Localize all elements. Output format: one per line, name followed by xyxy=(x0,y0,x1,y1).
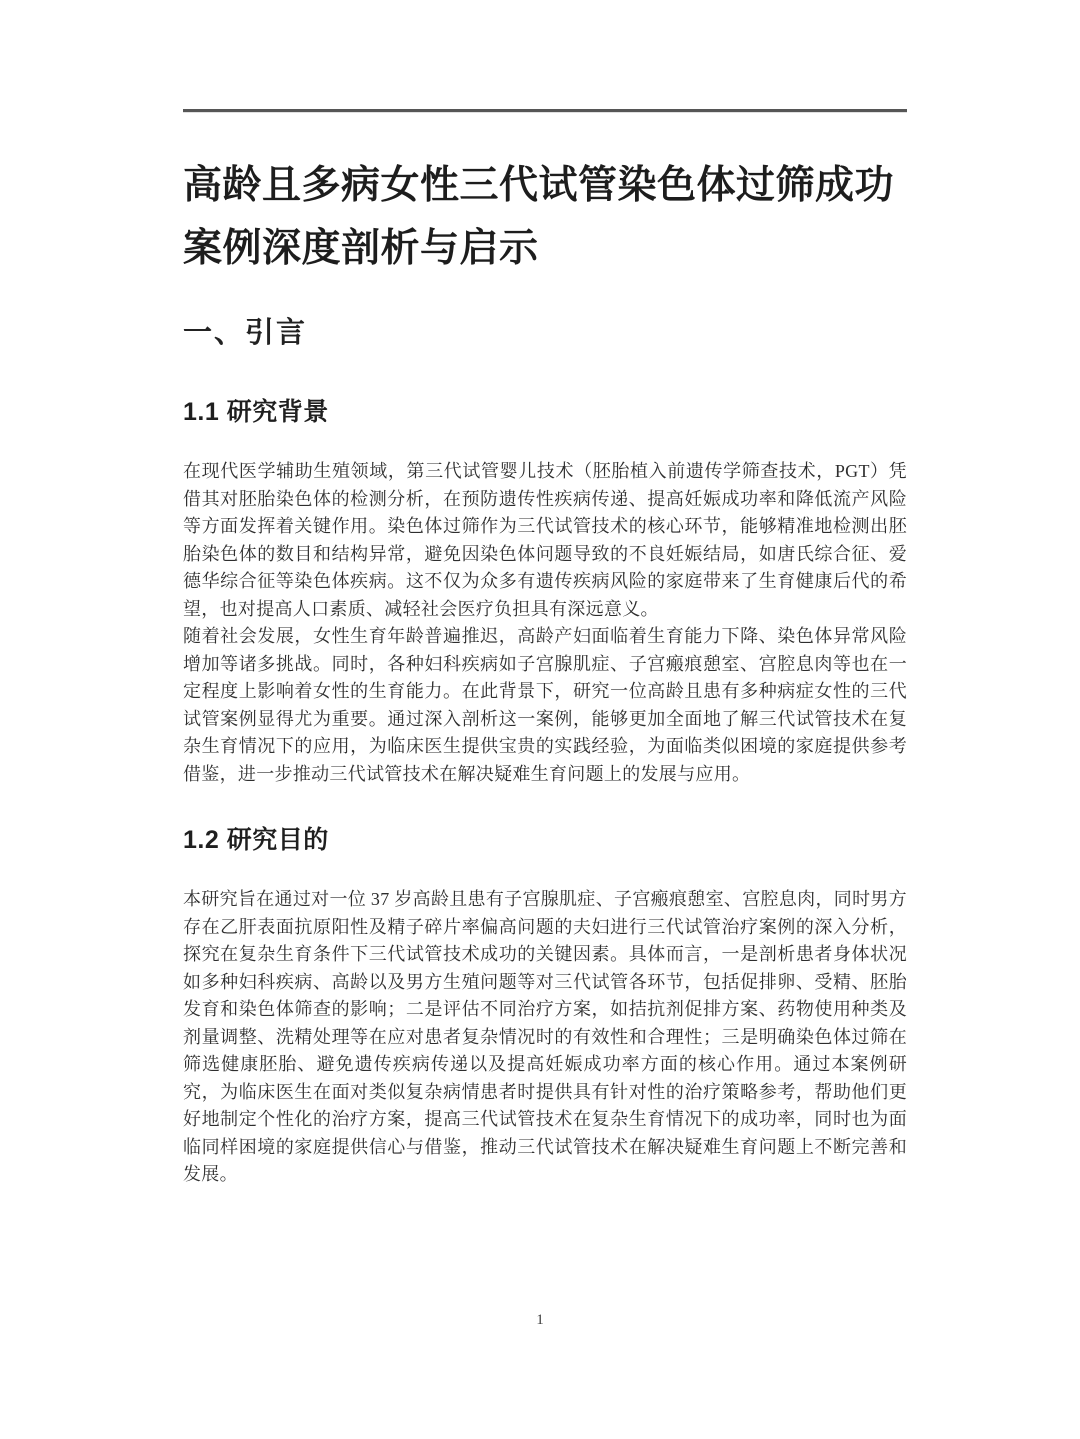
document-page: 高龄且多病女性三代试管染色体过筛成功案例深度剖析与启示 一、引言 1.1 研究背… xyxy=(0,0,1080,1439)
subsection-heading-research-background: 1.1 研究背景 xyxy=(183,395,907,429)
page-number: 1 xyxy=(0,1312,1080,1329)
paragraph-research-background-1: 在现代医学辅助生殖领域，第三代试管婴儿技术（胚胎植入前遗传学筛查技术，PGT）凭… xyxy=(183,458,907,623)
document-title: 高龄且多病女性三代试管染色体过筛成功案例深度剖析与启示 xyxy=(183,154,907,280)
document-content: 高龄且多病女性三代试管染色体过筛成功案例深度剖析与启示 一、引言 1.1 研究背… xyxy=(0,0,1080,1189)
subsection-heading-research-purpose: 1.2 研究目的 xyxy=(183,823,907,857)
section-heading-introduction: 一、引言 xyxy=(183,313,907,353)
paragraph-research-background-2: 随着社会发展，女性生育年龄普遍推迟，高龄产妇面临着生育能力下降、染色体异常风险增… xyxy=(183,623,907,788)
paragraph-research-purpose-1: 本研究旨在通过对一位 37 岁高龄且患有子宫腺肌症、子宫瘢痕憩室、宫腔息肉，同时… xyxy=(183,886,907,1189)
title-rule xyxy=(183,109,907,112)
